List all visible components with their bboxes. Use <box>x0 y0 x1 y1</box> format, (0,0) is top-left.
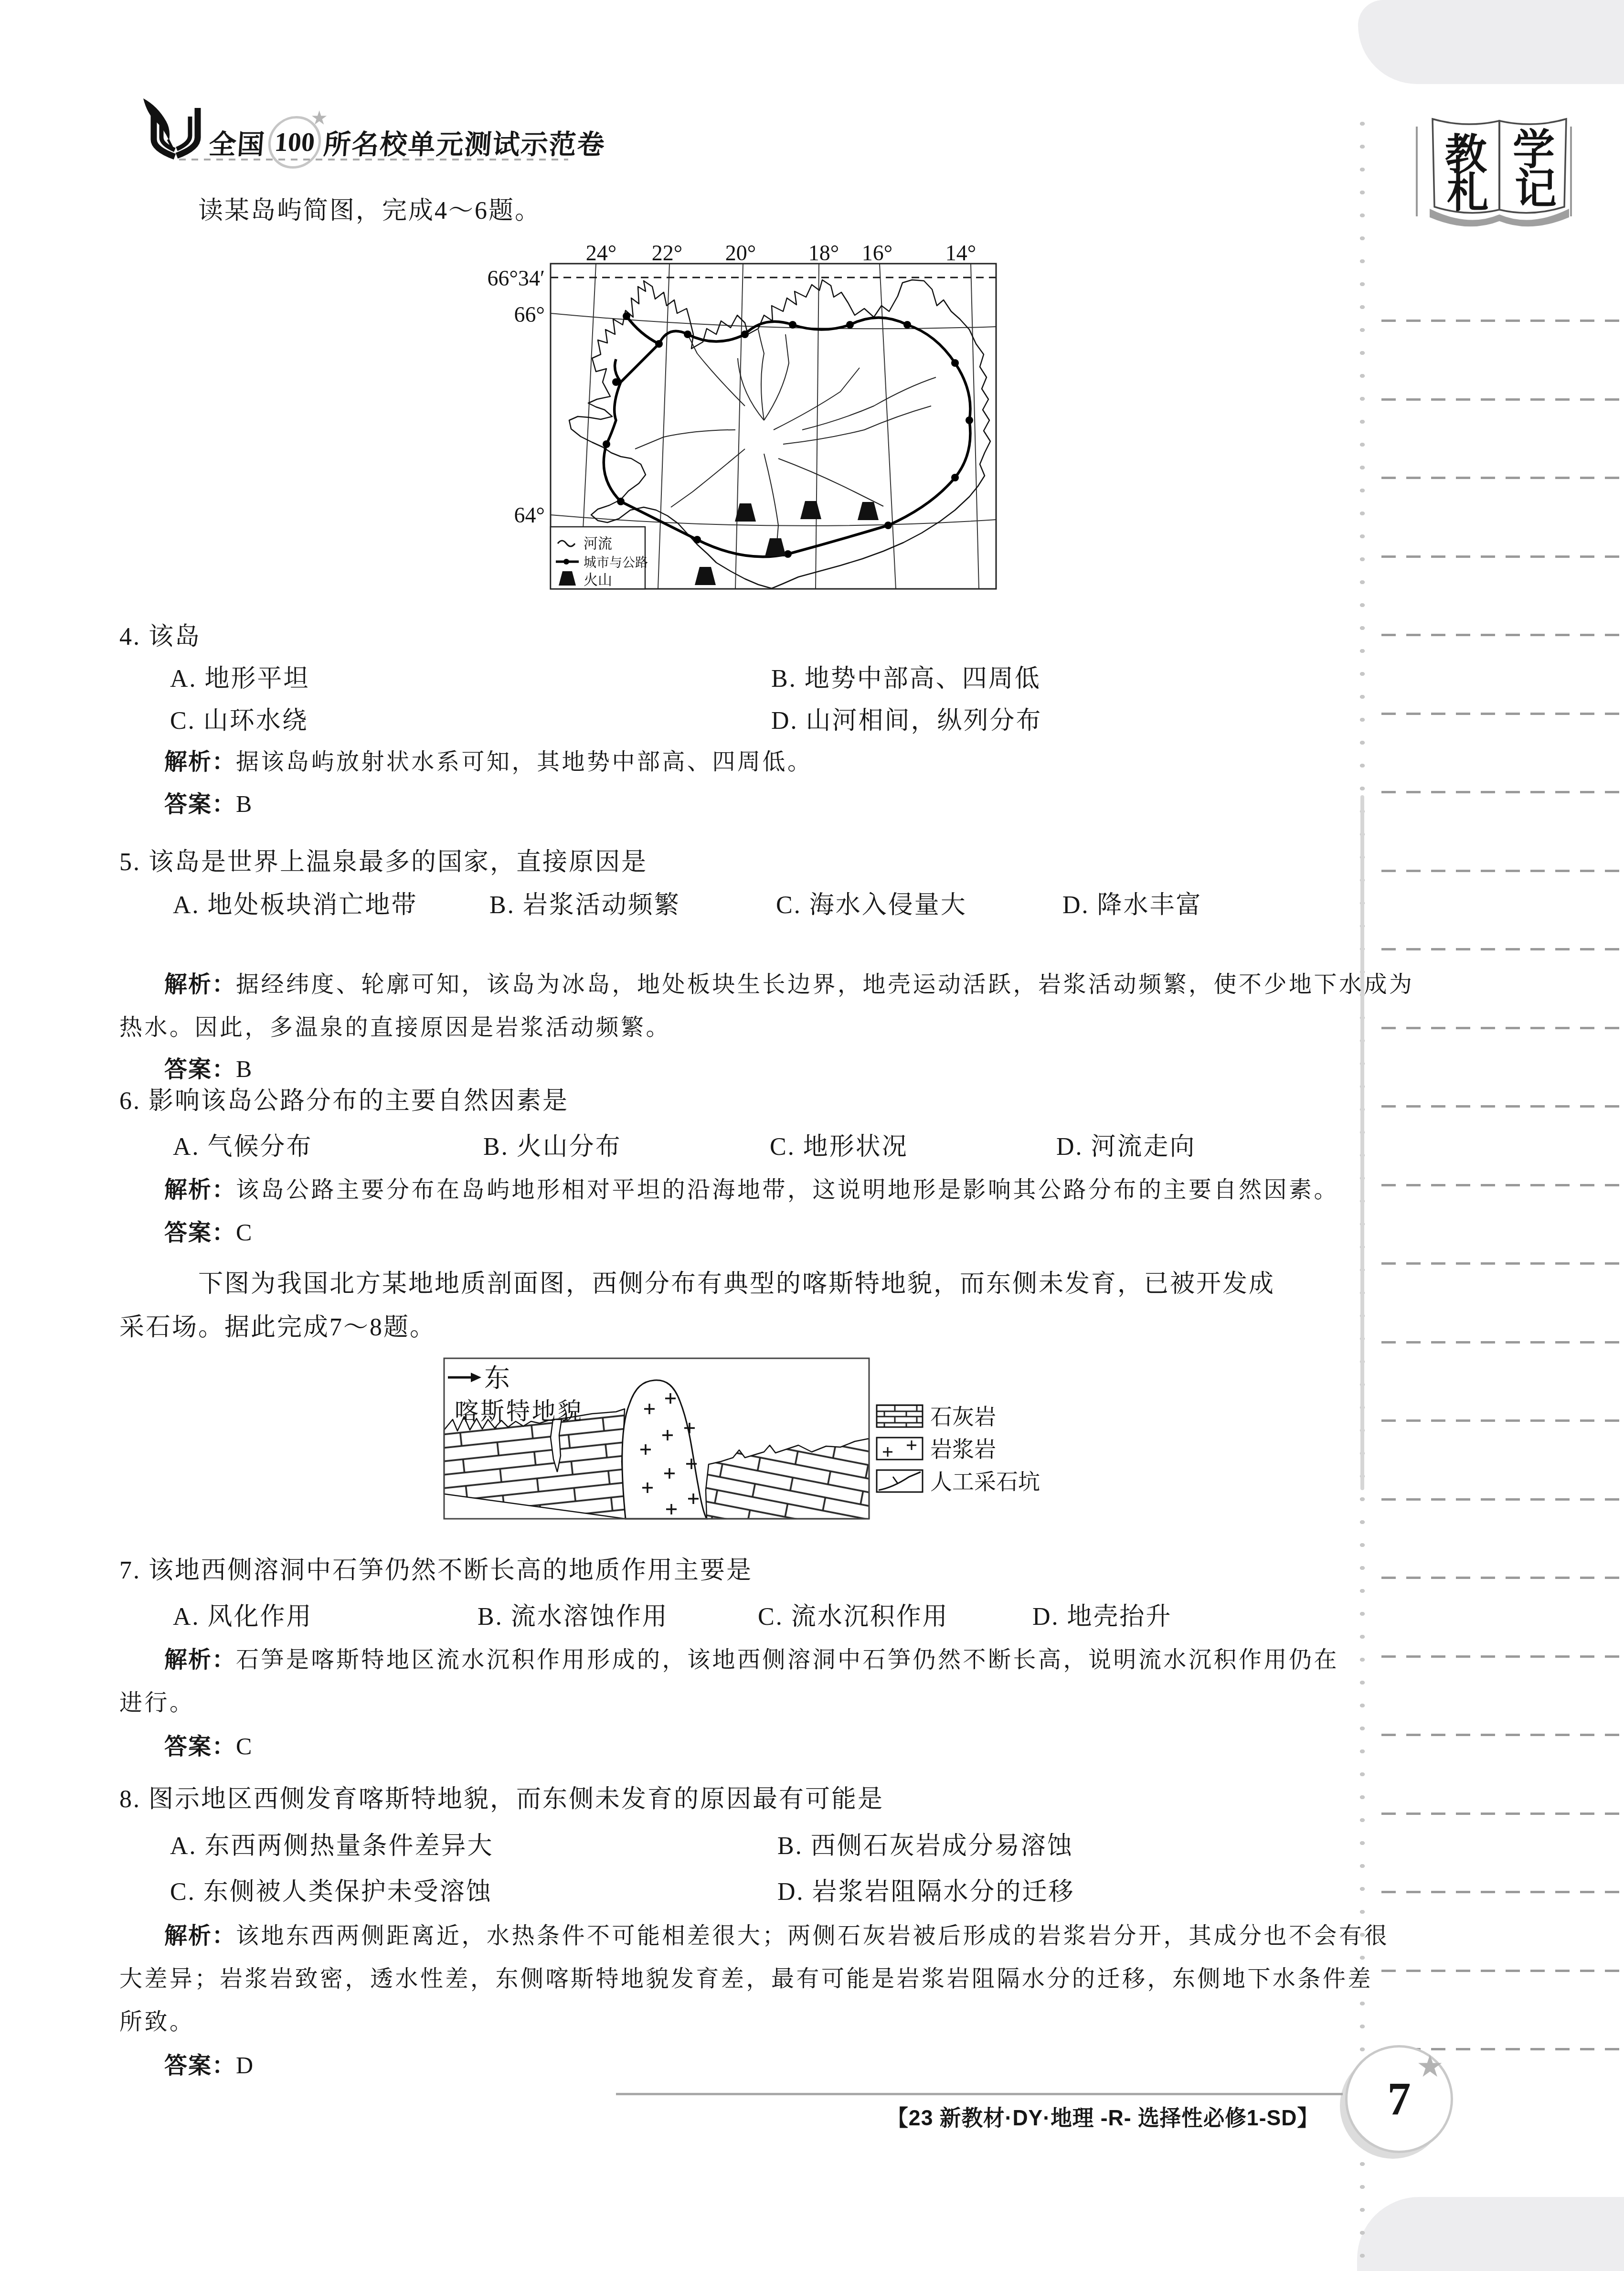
q7-option-d: D. 地壳抬升 <box>1032 1596 1172 1632</box>
legend-label-river: 河流 <box>584 536 612 552</box>
q8-stem: 8. 图示地区西侧发育喀斯特地貌，而东侧未发育的原因最有可能是 <box>119 1779 884 1814</box>
q4-analysis: 解析：据该岛屿放射状水系可知，其地势中部高、四周低。 <box>164 743 813 776</box>
note-rule-line <box>1381 1970 1624 1972</box>
note-rule-line <box>1381 1813 1624 1815</box>
limestone-east-block <box>706 1439 869 1519</box>
rivers <box>635 330 936 554</box>
notebook-icon: 教 学 札 记 <box>1409 107 1590 232</box>
q8-option-d: D. 岩浆岩阻隔水分的迁移 <box>777 1871 1075 1907</box>
brand-underline <box>179 159 568 160</box>
note-rule-line <box>1381 1734 1624 1736</box>
q4-option-c: C. 山环水绕 <box>170 700 308 736</box>
q6-answer: 答案：C <box>164 1214 253 1247</box>
svg-text:66°34′: 66°34′ <box>488 266 545 290</box>
section-legend: 石灰岩 岩浆岩 人工采石坑 <box>877 1405 1040 1494</box>
limestone-west-block <box>444 1409 626 1519</box>
brand-100-badge: 100 ★ <box>266 116 323 169</box>
legend-label-quarry: 人工采石坑 <box>930 1470 1040 1494</box>
legend-label-magmatic: 岩浆岩 <box>930 1437 996 1461</box>
q7-answer: 答案：C <box>164 1728 253 1761</box>
svg-text:14°: 14° <box>945 245 976 265</box>
karst-label: 喀斯特地貌 <box>455 1398 584 1425</box>
q5-analysis-line1: 解析：据经纬度、轮廓可知，该岛为冰岛，地处板块生长边界，地壳运动活跃，岩浆活动频… <box>164 966 1414 999</box>
ring-road <box>604 316 970 557</box>
q8-analysis-line3: 所致。 <box>119 2003 195 2036</box>
svg-text:22°: 22° <box>652 245 682 265</box>
q6-analysis: 解析：该岛公路主要分布在岛屿地形相对平坦的沿海地带，这说明地形是影响其公路分布的… <box>164 1171 1339 1204</box>
svg-text:64°: 64° <box>514 503 545 527</box>
note-rule-line <box>1381 713 1624 715</box>
note-rule-line <box>1381 1655 1624 1658</box>
q5-option-c: C. 海水入侵量大 <box>776 885 967 920</box>
note-rule-line <box>1381 870 1624 872</box>
q7-analysis-line2: 进行。 <box>119 1684 195 1717</box>
note-rule-line <box>1381 1341 1624 1343</box>
q8-option-b: B. 西侧石灰岩成分易溶蚀 <box>777 1825 1073 1861</box>
q7-stem: 7. 该地西侧溶洞中石笋仍然不断长高的地质作用主要是 <box>119 1550 753 1586</box>
page-number: 7 <box>1388 2072 1411 2126</box>
note-rule-line <box>1381 1498 1624 1501</box>
intro-section2-line2: 采石场。据此完成7～8题。 <box>119 1307 436 1343</box>
intro-section2-line1: 下图为我国北方某地地质剖面图，西侧分布有典型的喀斯特地貌，而东侧未发育，已被开发… <box>198 1263 1275 1299</box>
star-icon: ★ <box>311 108 327 128</box>
q6-option-d: D. 河流走向 <box>1056 1126 1196 1162</box>
book-char-zha: 札 <box>1447 170 1489 216</box>
sidebar-bottom-blob <box>1357 2197 1624 2271</box>
intro-island: 读某岛屿简图，完成4～6题。 <box>198 190 541 226</box>
binding-solid-segment <box>1360 795 1364 1490</box>
brand-suffix: 所名校单元测试示范卷 <box>322 123 607 162</box>
lon-labels: 24° 22° 20° 18° 16° 14° <box>586 245 976 265</box>
q5-option-a: A. 地处板块消亡地带 <box>173 885 418 920</box>
note-rule-line <box>1381 555 1624 558</box>
note-rule-line <box>1381 791 1624 793</box>
q6-option-b: B. 火山分布 <box>483 1126 622 1162</box>
footer-rule <box>616 2093 1343 2095</box>
note-rule-line <box>1381 1027 1624 1029</box>
book-char-ji: 记 <box>1515 166 1557 213</box>
q8-analysis-line2: 大差异；岩浆岩致密，透水性差，东侧喀斯特地貌发育差，最有可能是岩浆岩阻隔水分的迁… <box>119 1960 1373 1993</box>
q5-option-d: D. 降水丰富 <box>1062 885 1202 920</box>
lat-labels: 66°34′ 66° 64° <box>488 266 545 527</box>
q4-answer: 答案：B <box>164 786 253 819</box>
note-rule-line <box>1381 1419 1624 1422</box>
note-rule-line <box>1381 1262 1624 1265</box>
note-rule-line <box>1381 398 1624 401</box>
map-legend: 河流 城市与公路 火山 <box>551 527 648 589</box>
exam-page: 教 学 札 记 7 ★ 全国 100 ★ 所名校单元测试示范卷 读某岛屿简图，完… <box>0 0 1624 2271</box>
note-rule-line <box>1381 1577 1624 1579</box>
q4-option-d: D. 山河相间，纵列分布 <box>771 700 1042 736</box>
q5-stem: 5. 该岛是世界上温泉最多的国家，直接原因是 <box>119 842 647 877</box>
q6-stem: 6. 影响该岛公路分布的主要自然因素是 <box>119 1080 569 1116</box>
q5-option-b: B. 岩浆活动频繁 <box>489 885 680 920</box>
island-map-figure: 河流 城市与公路 火山 24° 22° 20° 18° 16° 14° 66°3… <box>454 245 1034 600</box>
note-rule-line <box>1381 948 1624 950</box>
q5-answer: 答案：B <box>164 1051 253 1084</box>
note-rule-line <box>1381 634 1624 636</box>
legend-label-volcano: 火山 <box>584 572 612 588</box>
brand-title: 全国 100 ★ 所名校单元测试示范卷 <box>207 116 607 169</box>
q7-option-b: B. 流水溶蚀作用 <box>478 1596 669 1632</box>
volcano-icons <box>695 501 879 585</box>
q8-analysis-line1: 解析：该地东西两侧距离近，水热条件不可能相差很大；两侧石灰岩被后形成的岩浆岩分开… <box>164 1917 1389 1950</box>
note-rules <box>1381 320 1624 2060</box>
q4-option-b: B. 地势中部高、四周低 <box>771 658 1041 694</box>
brand-prefix: 全国 <box>208 123 267 162</box>
svg-text:24°: 24° <box>586 245 616 265</box>
note-rule-line <box>1381 320 1624 322</box>
q7-option-a: A. 风化作用 <box>173 1596 313 1632</box>
q8-option-a: A. 东西两侧热量条件差异大 <box>170 1825 494 1861</box>
q8-option-c: C. 东侧被人类保护未受溶蚀 <box>170 1871 492 1907</box>
q5-analysis-line2: 热水。因此，多温泉的直接原因是岩浆活动频繁。 <box>119 1009 671 1042</box>
brand-number: 100 <box>274 127 316 158</box>
legend-label-city-road: 城市与公路 <box>584 555 648 570</box>
svg-text:18°: 18° <box>808 245 839 265</box>
legend-label-limestone: 石灰岩 <box>930 1405 996 1429</box>
svg-text:66°: 66° <box>514 302 545 327</box>
q8-answer: 答案：D <box>164 2047 254 2080</box>
svg-text:20°: 20° <box>725 245 756 265</box>
q7-analysis-line1: 解析：石笋是喀斯特地区流水沉积作用形成的，该地西侧溶洞中石笋仍然不断长高，说明流… <box>164 1641 1339 1674</box>
sidebar-top-blob <box>1358 0 1624 84</box>
q6-option-a: A. 气候分布 <box>173 1126 313 1162</box>
svg-text:16°: 16° <box>862 245 892 265</box>
note-rule-line <box>1381 1891 1624 1893</box>
note-rule-line <box>1381 477 1624 479</box>
cross-section-figure: 东 喀斯特地貌 石灰岩 岩浆岩 人工采石坑 <box>438 1357 1069 1548</box>
footer-volume-tag: 【23 新教材·DY·地理 -R- 选择性必修1-SD】 <box>827 2100 1319 2132</box>
q4-option-a: A. 地形平坦 <box>170 658 310 694</box>
note-rule-line <box>1381 1105 1624 1108</box>
east-arrow-icon <box>448 1373 481 1382</box>
note-rule-line <box>1381 1184 1624 1186</box>
q7-option-c: C. 流水沉积作用 <box>758 1596 949 1632</box>
q4-stem: 4. 该岛 <box>119 616 201 652</box>
east-label: 东 <box>484 1364 510 1393</box>
star-icon: ★ <box>1416 2049 1444 2084</box>
q6-option-c: C. 地形状况 <box>770 1126 908 1162</box>
